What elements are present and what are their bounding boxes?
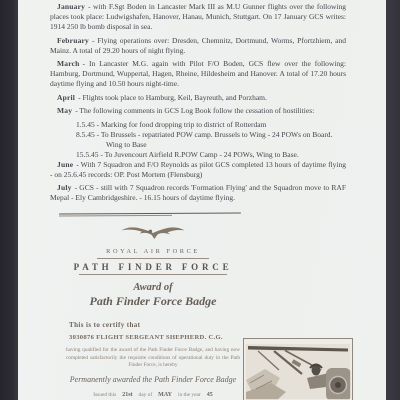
- log-paragraph-july: July- GCS - still with 7 Squadron record…: [50, 183, 346, 203]
- aircraft-photo-image: [244, 339, 352, 400]
- date-prefix: Issued this: [93, 392, 116, 398]
- log-paragraph-january: January- with F.Sgt Boden in Lancaster M…: [50, 2, 346, 32]
- paragraph-text: - The following comments in GCS Log Book…: [75, 106, 314, 115]
- paragraph-text: - Flying operations over: Dresden, Chemn…: [50, 36, 346, 55]
- paragraph-text: - GCS - still with 7 Squadron records 'F…: [50, 183, 346, 202]
- path-finder-force-title: PATH FINDER FORCE: [57, 262, 249, 272]
- log-paragraph-june: June- With 7 Squadron and F/O Reynolds a…: [50, 160, 346, 180]
- award-of-heading: Award of: [57, 282, 249, 293]
- month-label: May: [57, 106, 72, 115]
- paragraph-text: - In Lancaster M.G. again with Pilot F/O…: [50, 59, 346, 88]
- log-entry: 8.5.45 - To Brussels - repatriated POW c…: [50, 130, 346, 150]
- log-paragraph-april: April- Flights took place to Hamburg, Ke…: [50, 93, 346, 103]
- certificate-body-text: having qualified for the award of the Pa…: [57, 347, 249, 370]
- royal-air-force-title: ROYAL AIR FORCE: [57, 248, 249, 255]
- operations-log-text: January- with F.Sgt Boden in Lancaster M…: [50, 2, 346, 207]
- log-paragraph-may: May- The following comments in GCS Log B…: [50, 106, 346, 116]
- scanned-document-page: January- with F.Sgt Boden in Lancaster M…: [0, 0, 400, 400]
- certificate-rule: [79, 274, 227, 275]
- date-month: MAY: [158, 392, 172, 398]
- paragraph-text: - Flights took place to Hamburg, Keil, B…: [78, 93, 267, 102]
- paragraph-text: - with F.Sgt Boden in Lancaster Mark III…: [50, 2, 346, 31]
- aircraft-photo: [243, 338, 353, 400]
- month-label: April: [57, 93, 75, 102]
- path-finder-force-certificate: ROYAL AIR FORCE PATH FINDER FORCE Award …: [57, 222, 249, 398]
- scan-dark-edge-right: [386, 0, 400, 400]
- date-year: 45: [207, 392, 213, 398]
- recipient-name: 3030876 FLIGHT SERGEANT SHEPHERD. C.G.: [57, 334, 249, 341]
- log-paragraph-march: March- In Lancaster M.G. again with Pilo…: [50, 59, 346, 89]
- log-entry: 15.5.45 - To Juvencourt Airfield R.POW C…: [50, 150, 346, 160]
- date-mid: day of: [139, 392, 153, 398]
- date-suffix: in the year: [178, 392, 201, 398]
- raf-eagle-icon: [120, 222, 186, 244]
- handwritten-divider-line: [59, 212, 241, 217]
- month-label: June: [57, 160, 73, 169]
- log-paragraph-february: February- Flying operations over: Dresde…: [50, 36, 346, 56]
- paragraph-text: - With 7 Squadron and F/O Reynolds as pi…: [50, 160, 346, 179]
- month-label: March: [57, 59, 80, 68]
- scan-dark-edge-left: [0, 0, 18, 400]
- month-label: January: [57, 2, 85, 11]
- date-day: 21st: [122, 392, 132, 398]
- certificate-rule: [97, 258, 209, 259]
- badge-heading: Path Finder Force Badge: [57, 294, 249, 309]
- month-label: July: [57, 183, 72, 192]
- log-entry: 1.5.45 - Marking for food dropping trip …: [50, 120, 346, 130]
- certify-line: This is to certify that: [57, 321, 249, 329]
- log-may-entries: 1.5.45 - Marking for food dropping trip …: [50, 120, 346, 160]
- issue-date-line: Issued this21stday ofMAYin the year45: [57, 392, 249, 398]
- month-label: February: [57, 36, 89, 45]
- permanently-awarded-line: Permanently awarded the Path Finder Forc…: [57, 375, 249, 384]
